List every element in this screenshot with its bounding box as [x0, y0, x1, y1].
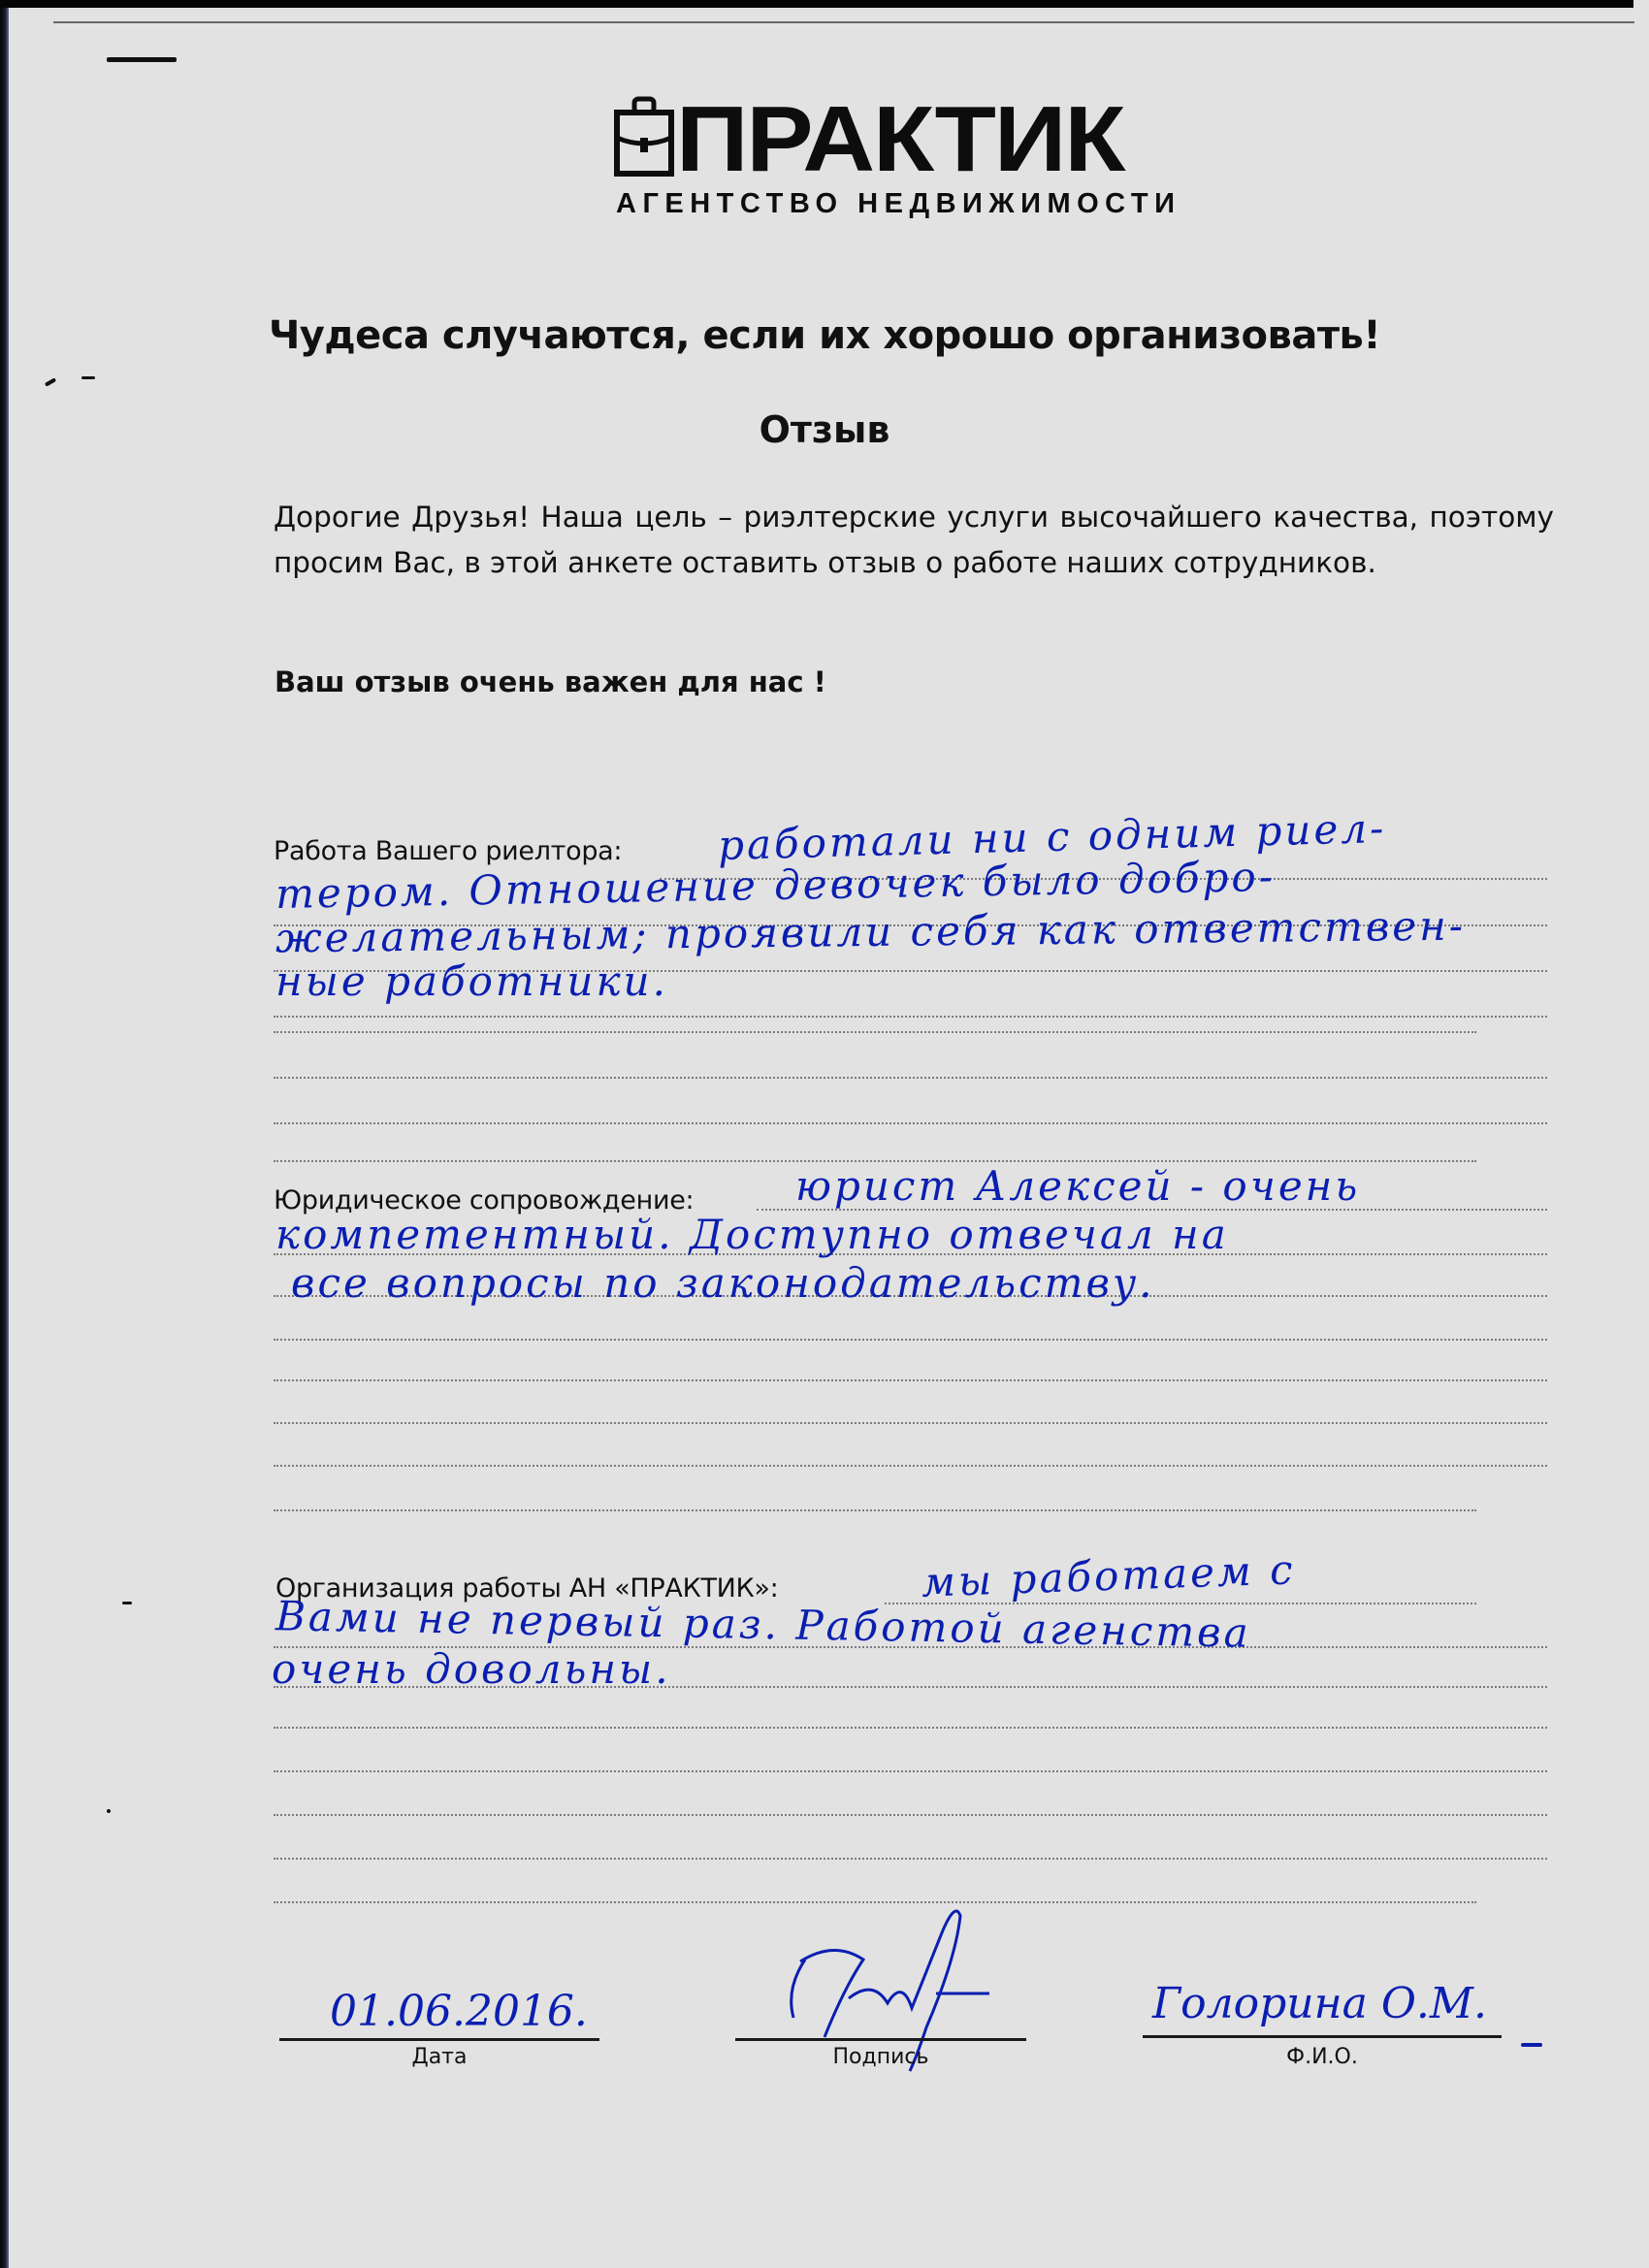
scan-mark	[81, 376, 95, 379]
signature-line	[735, 2038, 1026, 2041]
signature-caption: Подпись	[735, 2045, 1026, 2069]
scan-mark	[122, 1602, 132, 1604]
scan-mark	[107, 1809, 111, 1813]
date-line	[279, 2038, 599, 2041]
handwritten-answer-line: компетентный. Доступно отвечал на	[275, 1211, 1229, 1258]
handwritten-answer-line: все вопросы по законодательству.	[291, 1259, 1155, 1307]
field-label-realtor: Работа Вашего риелтора:	[274, 836, 622, 866]
brand-name: ПРАКТИК	[676, 101, 1123, 178]
scan-mark	[107, 57, 177, 62]
full-name-value: Голорина О.М.	[1152, 1979, 1487, 2028]
dotted-line	[274, 1077, 1547, 1079]
dotted-line	[274, 1465, 1547, 1467]
dotted-line	[274, 1422, 1547, 1424]
important-note: Ваш отзыв очень важен для нас !	[275, 665, 826, 698]
dotted-line	[274, 1858, 1547, 1860]
dotted-line	[274, 1031, 1476, 1033]
scan-mark	[45, 377, 56, 386]
dotted-line	[274, 1727, 1547, 1729]
dotted-line	[274, 1339, 1547, 1341]
date-caption: Дата	[279, 2045, 599, 2069]
date-value: 01.06.2016.	[330, 1987, 588, 2036]
handwritten-answer-line: юрист Алексей - очень	[795, 1162, 1360, 1210]
brand-tagline: АГЕНТСТВО НЕДВИЖИМОСТИ	[616, 188, 1180, 220]
handwritten-answer-line: ные работники.	[275, 957, 668, 1005]
slogan: Чудеса случаются, если их хорошо организ…	[0, 313, 1649, 358]
handwritten-answer-line: мы работаем с	[921, 1545, 1296, 1605]
ink-mark	[1521, 2043, 1542, 2047]
dotted-line	[274, 1509, 1476, 1511]
scan-border-top	[0, 0, 1633, 8]
dotted-line	[274, 1016, 1547, 1018]
scan-edge-line	[53, 21, 1634, 23]
full-name-caption: Ф.И.О.	[1143, 2045, 1502, 2069]
intro-paragraph: Дорогие Друзья! Наша цель – риэлтерские …	[274, 495, 1554, 586]
handwritten-answer-line: очень довольны.	[272, 1645, 671, 1693]
dotted-line	[274, 1770, 1547, 1772]
company-logo: ПРАКТИК АГЕНТСТВО НЕДВИЖИМОСТИ	[614, 95, 1215, 231]
dotted-line	[274, 1814, 1547, 1816]
full-name-line	[1143, 2035, 1502, 2038]
page-title: Отзыв	[0, 408, 1649, 451]
briefcase-icon	[614, 95, 674, 177]
dotted-line	[274, 1122, 1547, 1124]
dotted-line	[274, 1379, 1547, 1381]
